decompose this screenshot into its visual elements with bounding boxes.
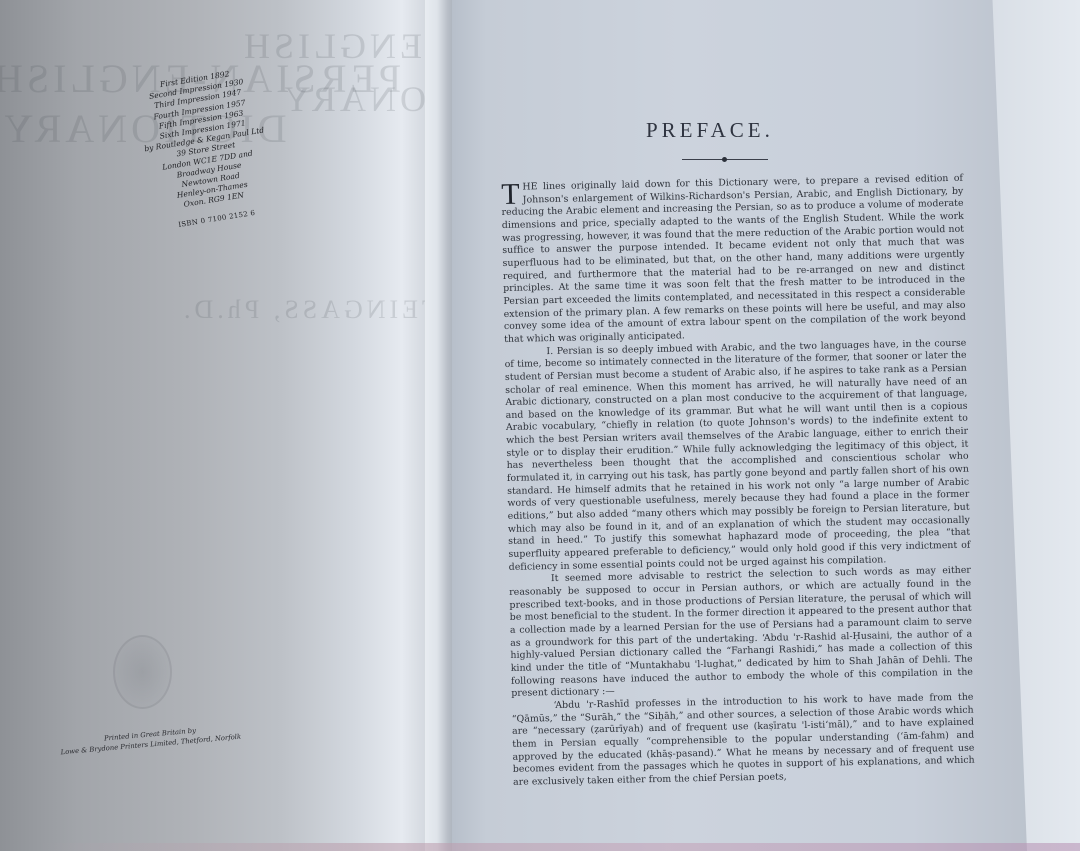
paragraph: ‘Abdu 'r-Rashīd professes in the introdu… (511, 692, 975, 790)
paragraph: It seemed more advisable to restrict the… (509, 565, 973, 701)
preface-body: THE lines originally laid down for this … (501, 173, 975, 790)
showthrough-author: F. STEINGASS, Ph.D. (180, 295, 432, 325)
publisher-seal-showthrough (113, 635, 172, 709)
book-gutter (425, 0, 455, 851)
drop-cap: T (501, 183, 520, 207)
book-cover-edge (40, 843, 1080, 851)
paragraph: I. Persian is so deeply imbued with Arab… (504, 337, 970, 574)
printer-credit: Printed in Great Britain by Lowe & Brydo… (30, 719, 271, 760)
page-title: PREFACE. (646, 118, 774, 143)
paragraph-text: HE lines originally laid down for this D… (502, 173, 966, 345)
left-page-imprint: PERSIAN-ENGLISH PERSIAN-ENGLISH DICTIONA… (0, 0, 432, 851)
showthrough-title-line-2: DICTIONARY (280, 78, 432, 120)
paragraph: THE lines originally laid down for this … (501, 173, 966, 347)
ornament-rule (682, 159, 768, 160)
imprint-block: First Edition 1892 Second Impression 193… (110, 61, 302, 237)
open-book-photo: PERSIAN-ENGLISH PERSIAN-ENGLISH DICTIONA… (0, 0, 1080, 851)
